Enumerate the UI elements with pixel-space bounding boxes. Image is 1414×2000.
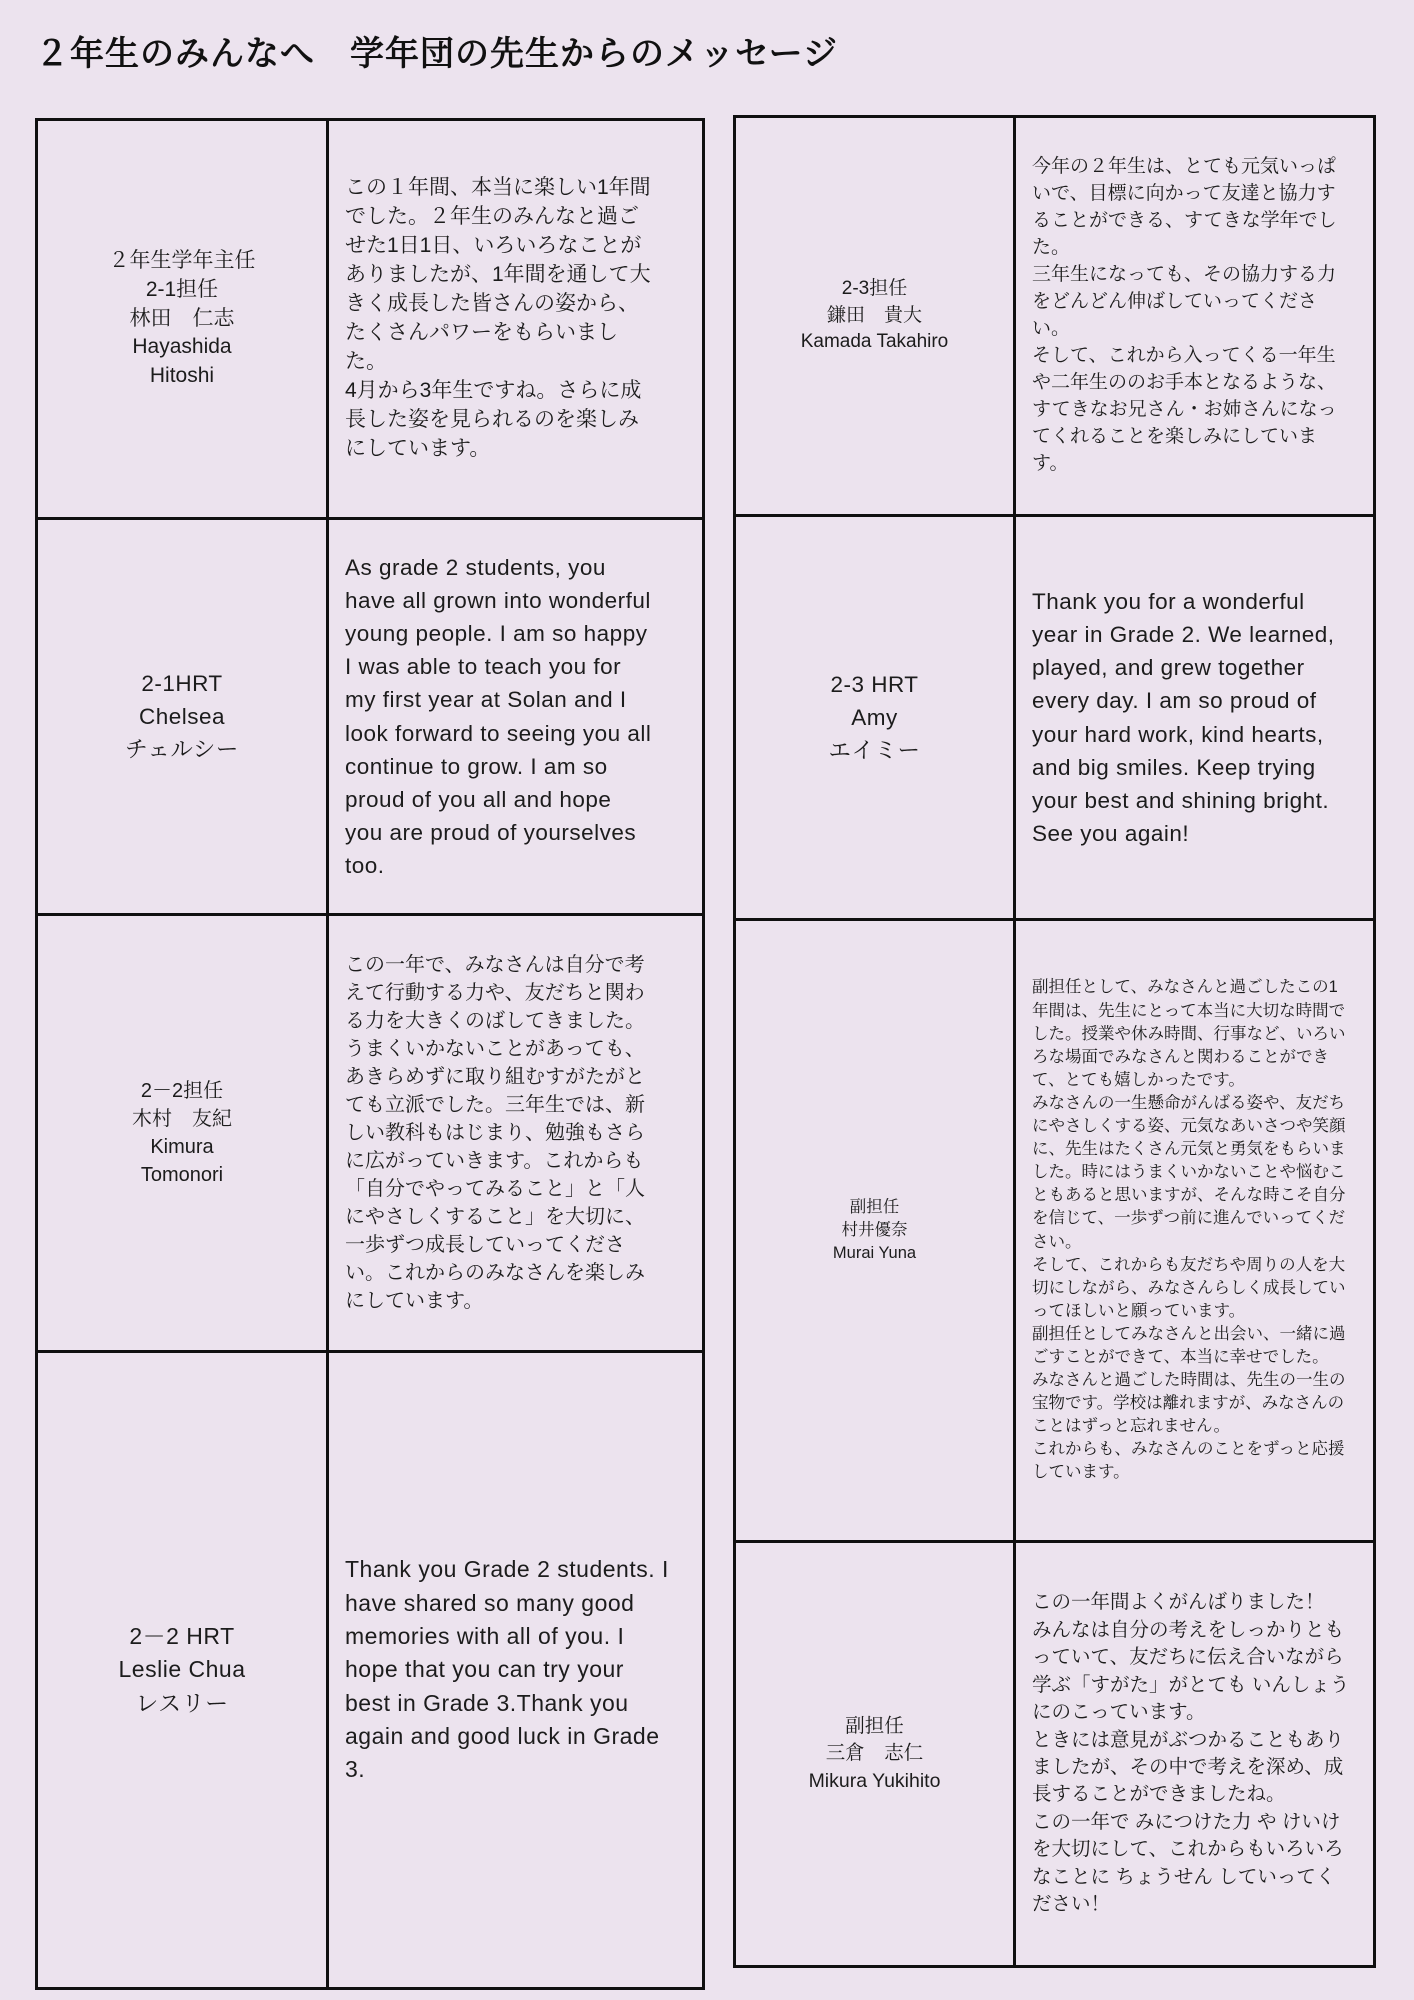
message-text: 副担任として、みなさんと過ごしたこの1年間は、先生にとって本当に大切な時間でした… [1032, 976, 1351, 1484]
teacher-name-text: 副担任 三倉 志仁 Mikura Yukihito [809, 1713, 941, 1795]
teacher-name-cell-kamada: 2-3担任 鎌田 貴大 Kamada Takahiro [736, 118, 1013, 514]
message-text: この一年で、みなさんは自分で考えて行動する力や、友だちと関わる力を大きくのばして… [345, 951, 654, 1315]
message-text: この１年間、本当に楽しい1年間でした。２年生のみんなと過ごせた1日1日、いろいろ… [345, 174, 654, 464]
document-page: ２年生のみんなへ 学年団の先生からのメッセージ ２年生学年主任 2-1担任 林田… [0, 0, 1414, 2000]
message-text: As grade 2 students, you have all grown … [345, 551, 654, 882]
message-text: Thank you Grade 2 students. I have share… [345, 1553, 672, 1786]
teacher-name-cell-mikura: 副担任 三倉 志仁 Mikura Yukihito [736, 1540, 1013, 1965]
teacher-name-cell-leslie: 2－2 HRT Leslie Chua レスリー [38, 1350, 326, 1987]
teacher-name-text: 副担任 村井優奈 Murai Yuna [833, 1196, 916, 1265]
teacher-name-cell-hayashida: ２年生学年主任 2-1担任 林田 仁志 Hayashida Hitoshi [38, 121, 326, 517]
page-title: ２年生のみんなへ 学年団の先生からのメッセージ [35, 26, 838, 75]
teacher-name-text: 2－2 HRT Leslie Chua レスリー [119, 1620, 246, 1720]
message-cell-mikura: この一年間よくがんばりました！ みんなは自分の考えをしっかりともっていて、友だち… [1013, 1540, 1373, 1965]
teacher-name-text: 2-3 HRT Amy エイミー [828, 668, 920, 767]
teacher-name-text: 2-3担任 鎌田 貴大 Kamada Takahiro [801, 276, 949, 357]
message-cell-kamada: 今年の２年生は、とても元気いっぱいで、目標に向かって友達と協力することができる、… [1013, 118, 1373, 514]
message-cell-murai: 副担任として、みなさんと過ごしたこの1年間は、先生にとって本当に大切な時間でした… [1013, 918, 1373, 1540]
message-cell-amy: Thank you for a wonderful year in Grade … [1013, 514, 1373, 918]
teacher-name-text: 2-1HRT Chelsea チェルシー [125, 667, 239, 766]
message-text: Thank you for a wonderful year in Grade … [1032, 585, 1351, 850]
message-cell-hayashida: この１年間、本当に楽しい1年間でした。２年生のみんなと過ごせた1日1日、いろいろ… [326, 121, 702, 517]
teacher-name-cell-murai: 副担任 村井優奈 Murai Yuna [736, 918, 1013, 1540]
teacher-name-cell-kimura: 2－2担任 木村 友紀 Kimura Tomonori [38, 913, 326, 1350]
message-text: 今年の２年生は、とても元気いっぱいで、目標に向かって友達と協力することができる、… [1032, 154, 1351, 478]
message-cell-chelsea: As grade 2 students, you have all grown … [326, 517, 702, 913]
teacher-name-text: 2－2担任 木村 友紀 Kimura Tomonori [132, 1077, 232, 1189]
message-text: この一年間よくがんばりました！ みんなは自分の考えをしっかりともっていて、友だち… [1032, 1589, 1351, 1919]
message-cell-kimura: この一年で、みなさんは自分で考えて行動する力や、友だちと関わる力を大きくのばして… [326, 913, 702, 1350]
right-message-table: 2-3担任 鎌田 貴大 Kamada Takahiro 今年の２年生は、とても元… [733, 115, 1376, 1968]
left-message-table: ２年生学年主任 2-1担任 林田 仁志 Hayashida Hitoshi この… [35, 118, 705, 1990]
message-cell-leslie: Thank you Grade 2 students. I have share… [326, 1350, 702, 1987]
teacher-name-cell-chelsea: 2-1HRT Chelsea チェルシー [38, 517, 326, 913]
teacher-name-cell-amy: 2-3 HRT Amy エイミー [736, 514, 1013, 918]
teacher-name-text: ２年生学年主任 2-1担任 林田 仁志 Hayashida Hitoshi [109, 247, 256, 392]
